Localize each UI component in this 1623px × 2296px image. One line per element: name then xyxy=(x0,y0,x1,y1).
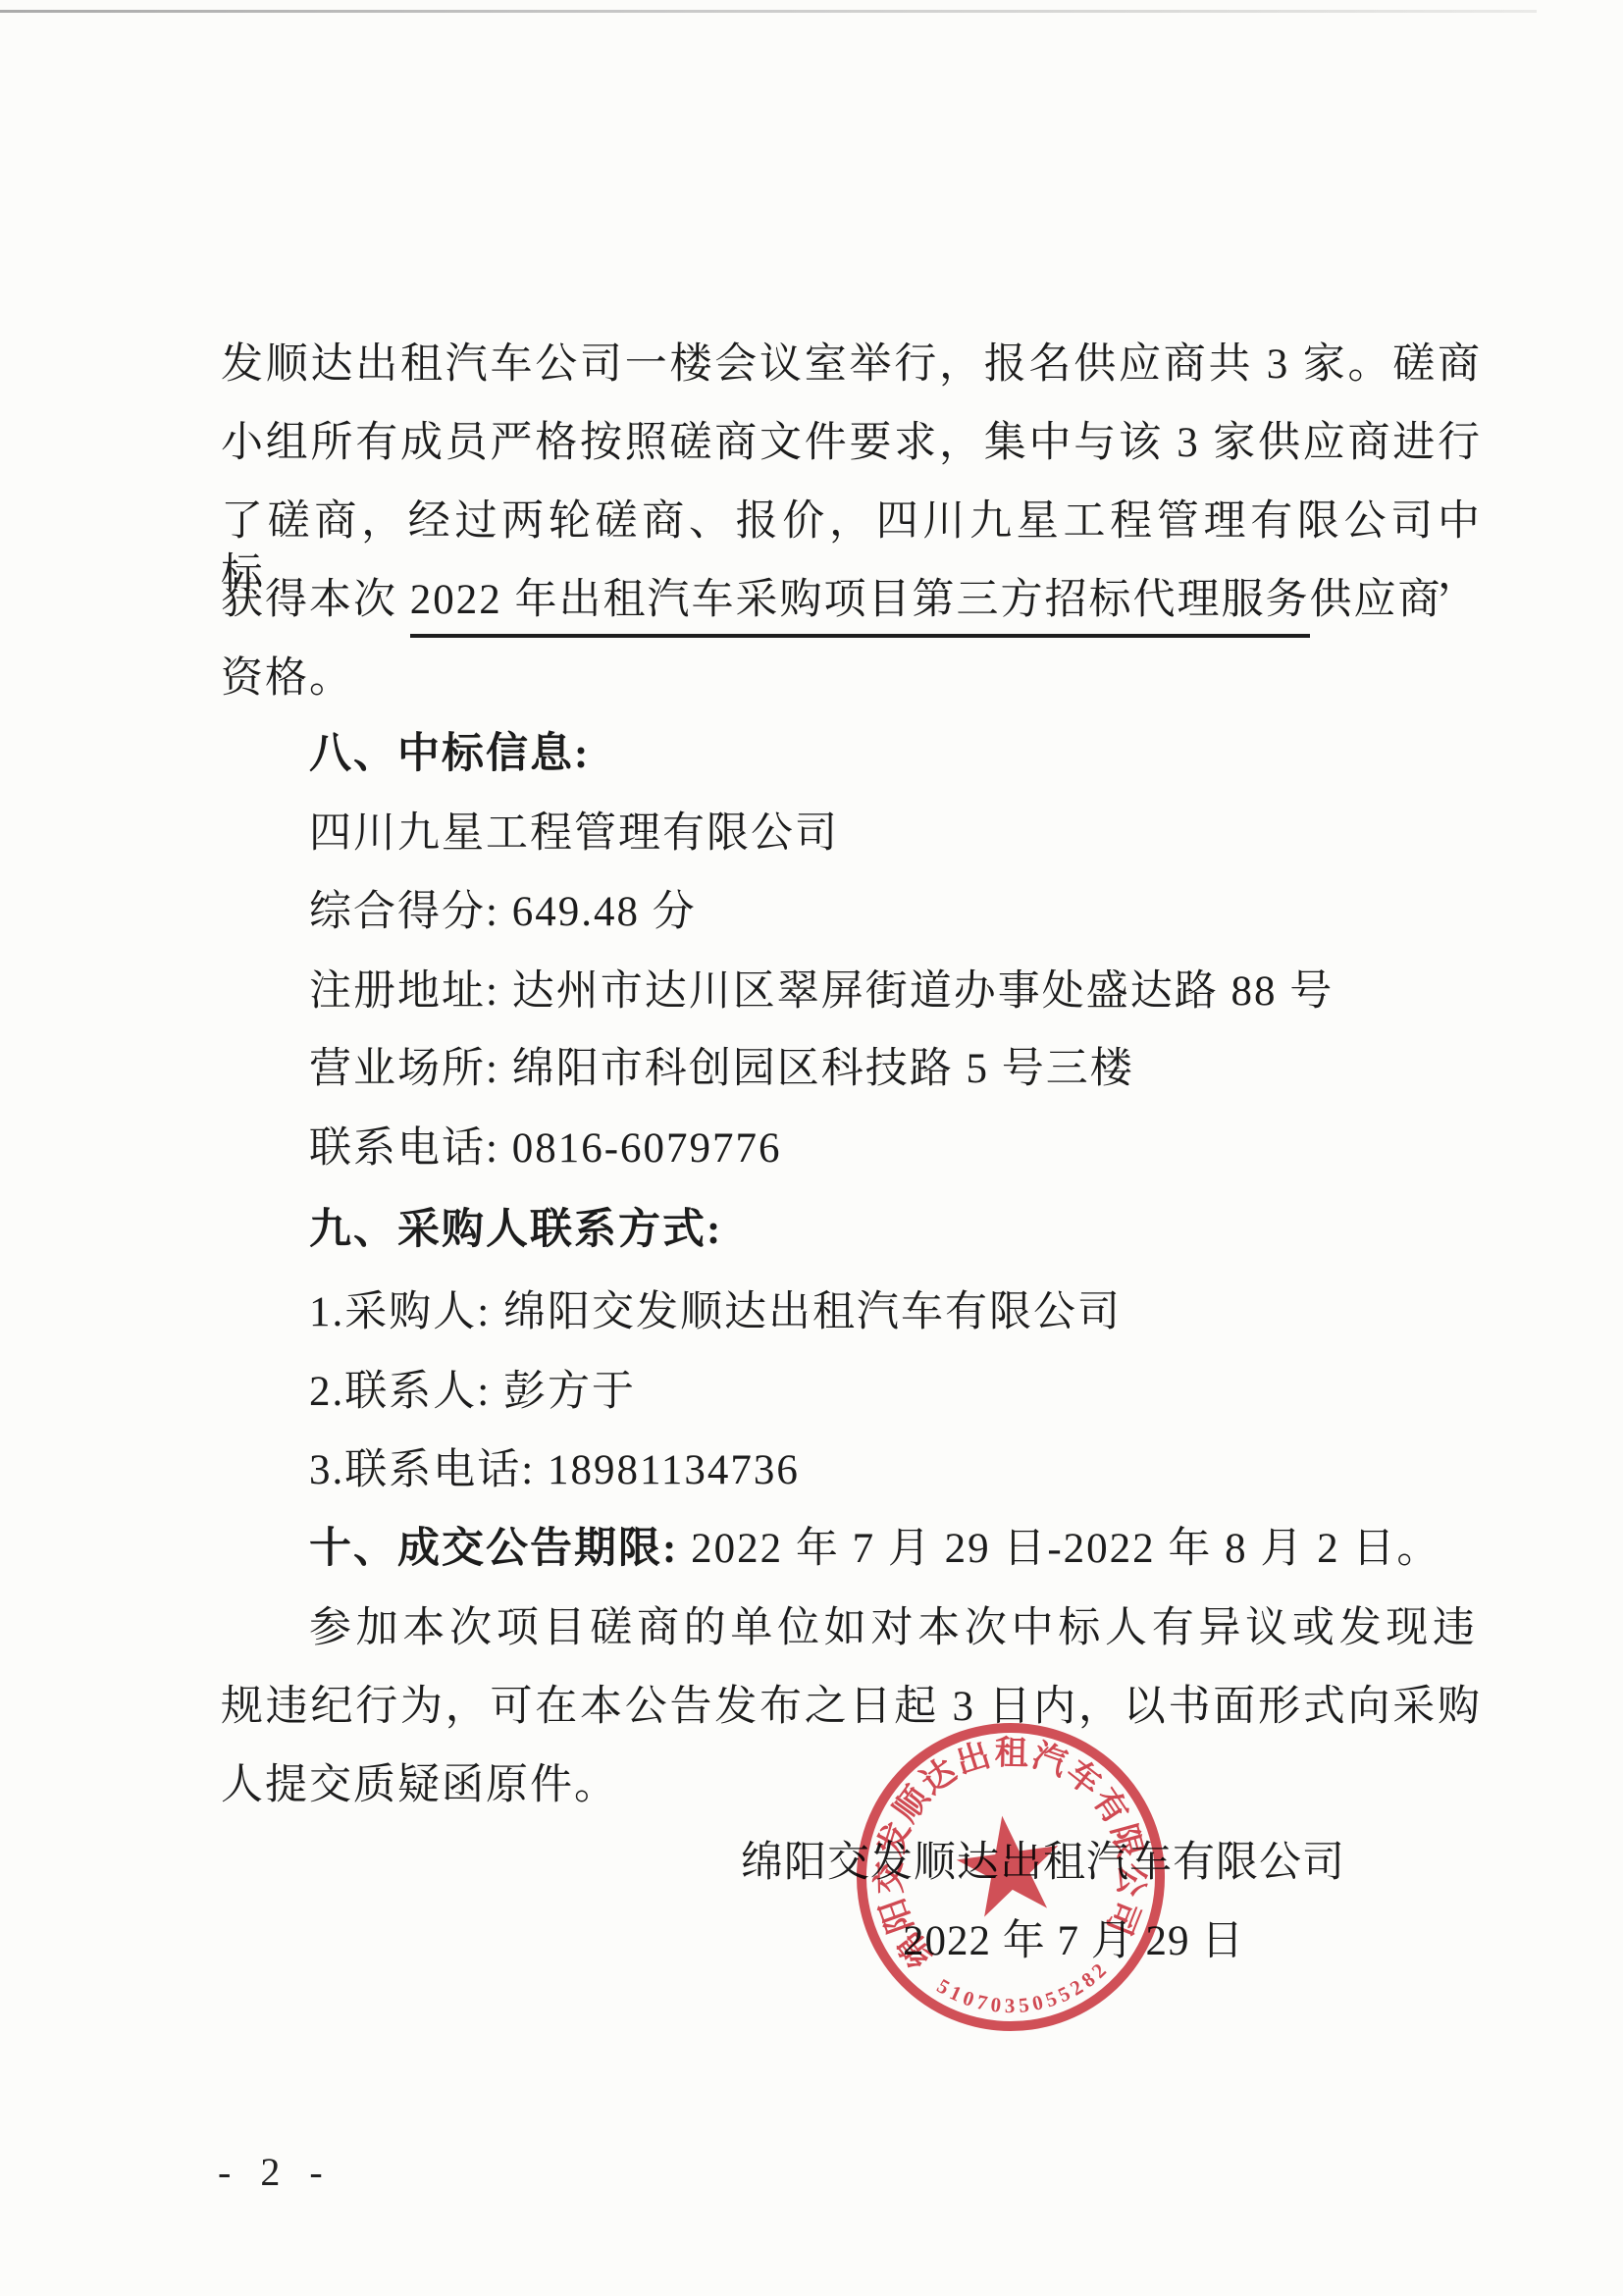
winner-name: 四川九星工程管理有限公司 xyxy=(309,808,839,861)
announcement-period-value: 2022 年 7 月 29 日-2022 年 8 月 2 日。 xyxy=(678,1526,1440,1572)
underlined-project-name: 2022 年出租汽车采购项目第三方招标代理服务 xyxy=(410,577,1310,638)
page-number: - 2 - xyxy=(218,2149,333,2195)
section-heading-award-info: 八、中标信息: xyxy=(309,728,590,781)
buyer-contact-phone: 3.联系电话: 18981134736 xyxy=(309,1444,800,1497)
scan-edge-artifact xyxy=(0,10,1537,13)
paragraph-line: 人提交质疑函原件。 xyxy=(221,1759,618,1812)
paragraph-line: 小组所有成员严格按照磋商文件要求，集中与该 3 家供应商进行 xyxy=(221,417,1482,470)
winner-registered-address: 注册地址: 达州市达川区翠屏街道办事处盛达路 88 号 xyxy=(309,965,1334,1018)
announcement-period-label: 十、成交公告期限: xyxy=(309,1526,678,1572)
company-seal-stamp: 绵阳交发顺达出租汽车有限公司 5107035055282 xyxy=(847,1713,1175,2041)
buyer-contact-person: 2.联系人: 彭方于 xyxy=(309,1366,636,1419)
seal-star-icon xyxy=(951,1808,1066,1919)
document-page: 发顺达出租汽车公司一楼会议室举行，报名供应商共 3 家。磋商 小组所有成员严格按… xyxy=(0,0,1623,2296)
winner-business-address: 营业场所: 绵阳市科创园区科技路 5 号三楼 xyxy=(309,1043,1134,1096)
winner-score: 综合得分: 649.48 分 xyxy=(309,886,697,939)
section-heading-announcement-period: 十、成交公告期限: 2022 年 7 月 29 日-2022 年 8 月 2 日… xyxy=(309,1523,1440,1576)
winner-phone: 联系电话: 0816-6079776 xyxy=(309,1122,782,1175)
paragraph-line: 资格。 xyxy=(221,652,353,705)
line-suffix: 供应商 xyxy=(1310,577,1442,623)
paragraph-line: 发顺达出租汽车公司一楼会议室举行，报名供应商共 3 家。磋商 xyxy=(221,339,1482,391)
section-heading-buyer-contact: 九、采购人联系方式: xyxy=(309,1204,722,1257)
paragraph-line: 获得本次 2022 年出租汽车采购项目第三方招标代理服务供应商 xyxy=(221,574,1442,627)
paragraph-line: 参加本次项目磋商的单位如对本次中标人有异议或发现违 xyxy=(309,1602,1477,1655)
buyer-name: 1.采购人: 绵阳交发顺达出租汽车有限公司 xyxy=(309,1286,1122,1339)
line-prefix: 获得本次 xyxy=(221,577,410,623)
